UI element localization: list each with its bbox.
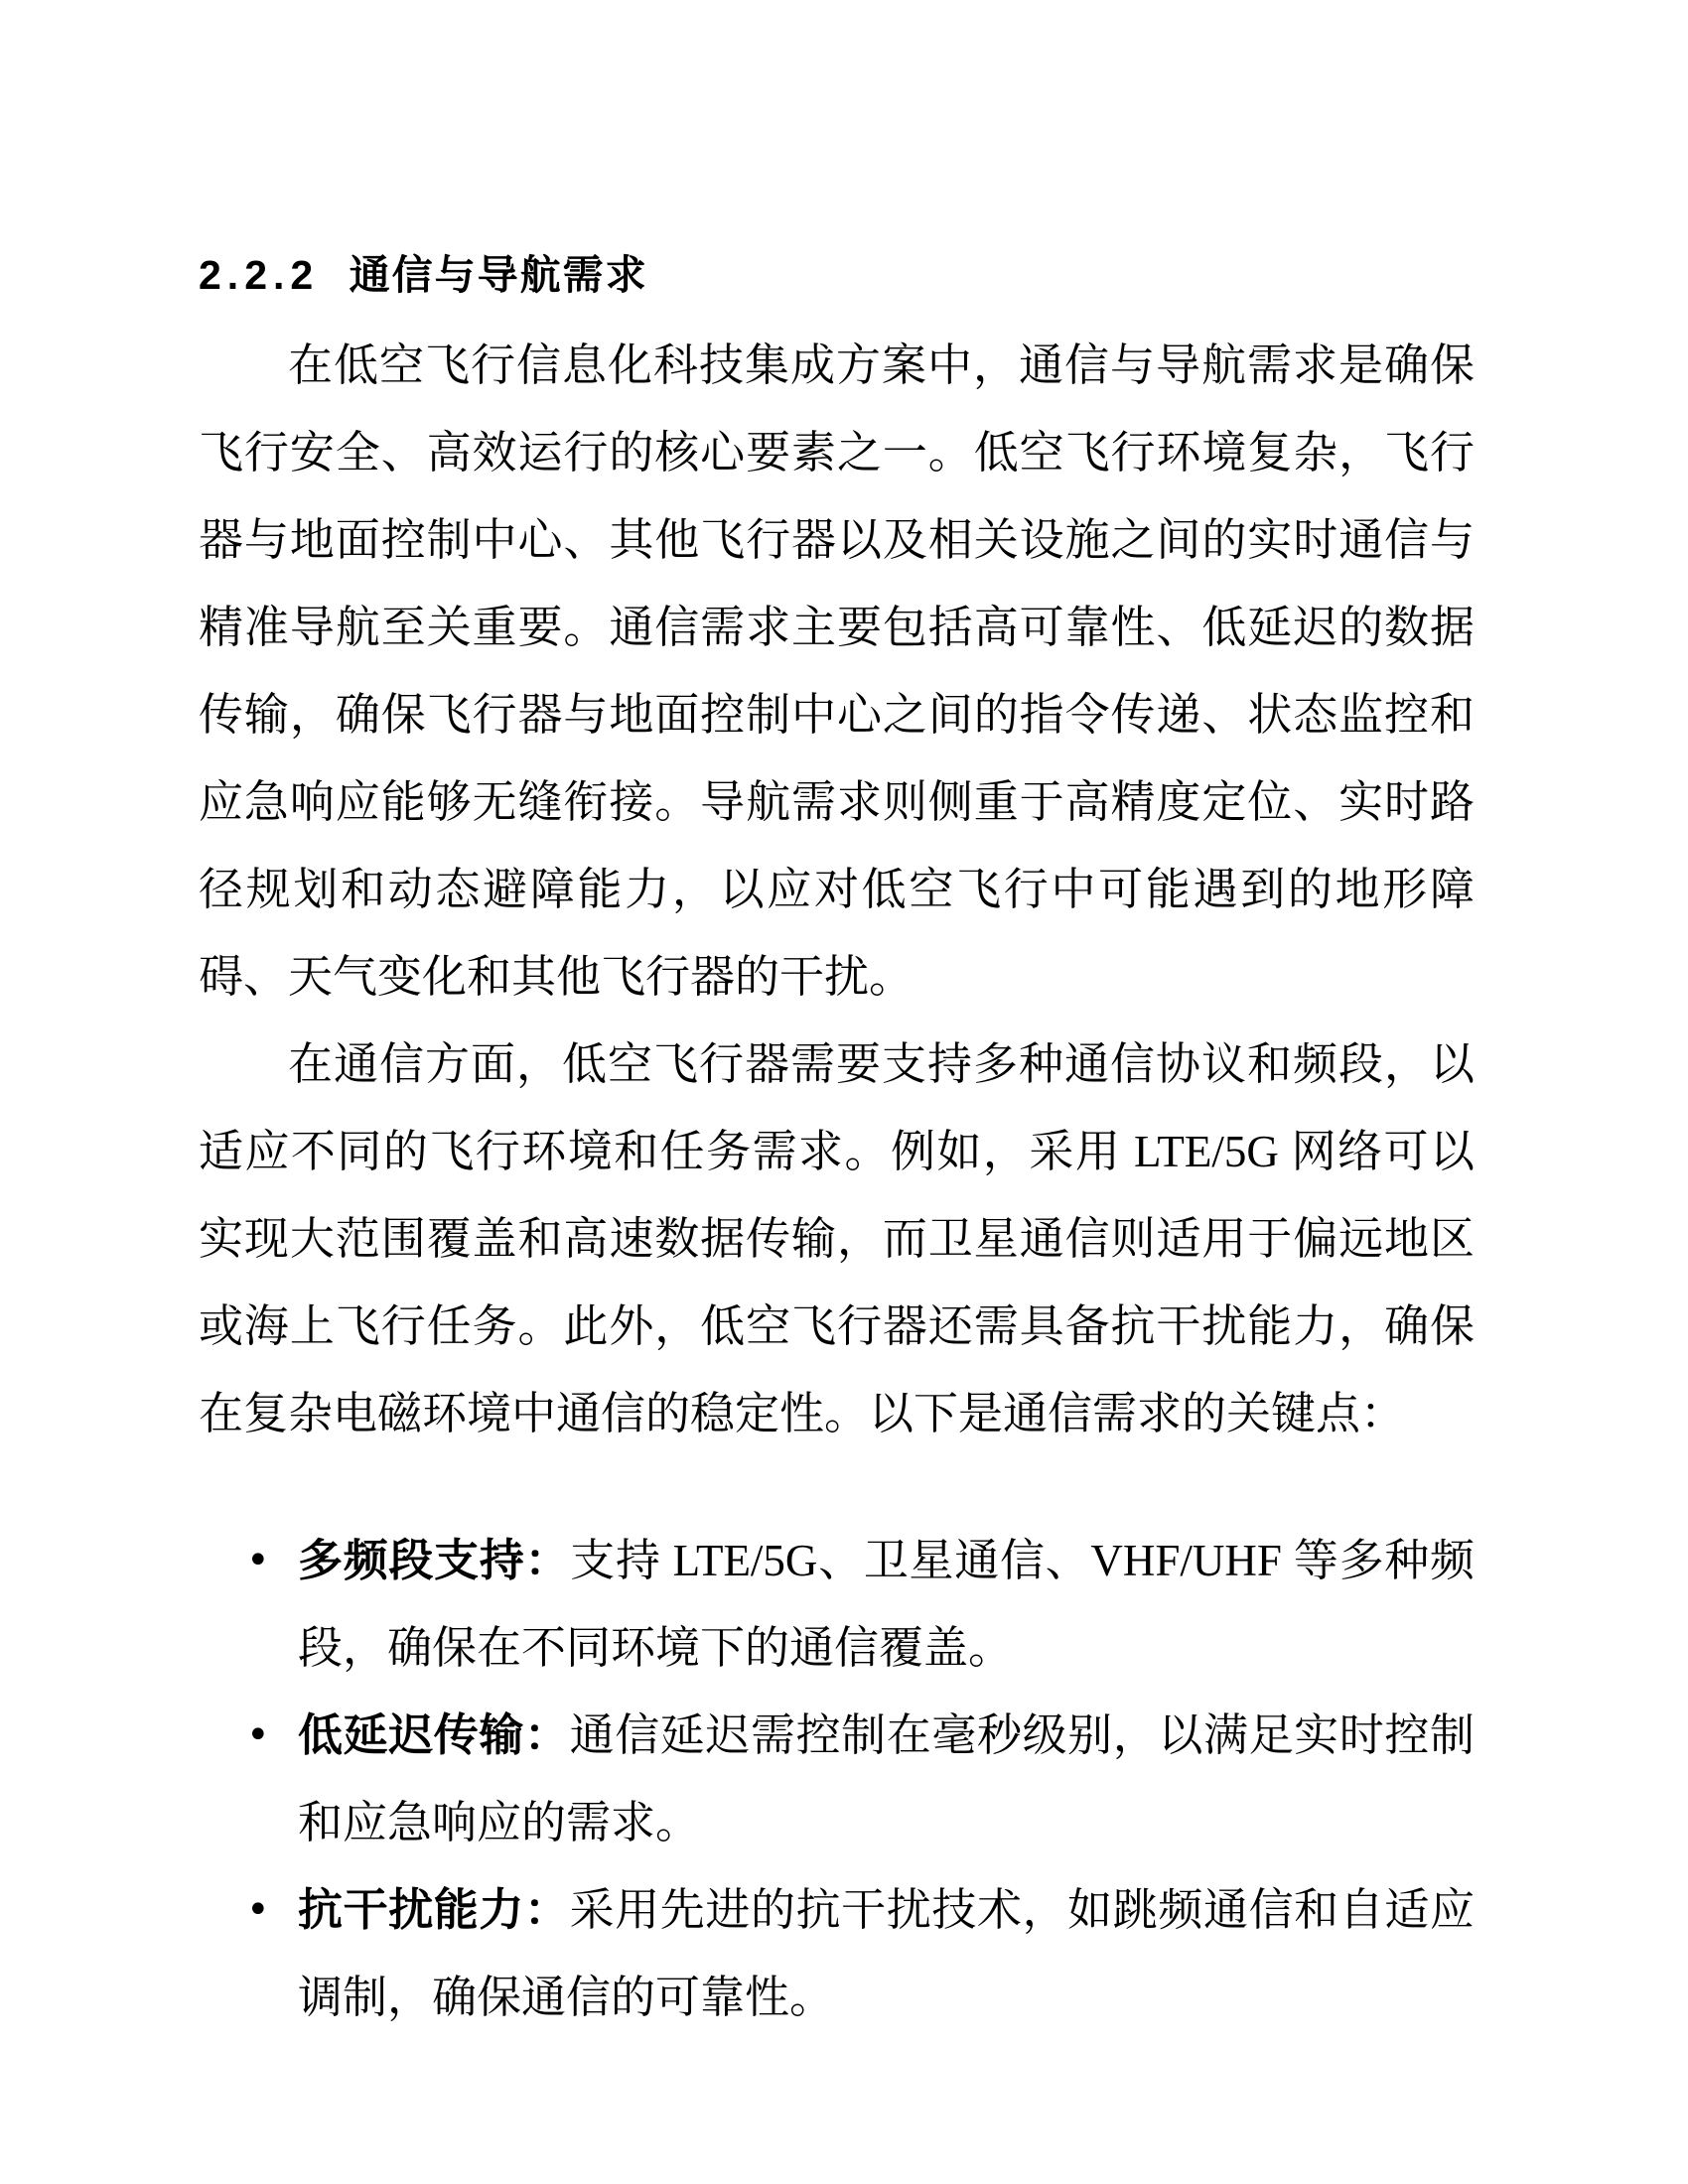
section-title: 通信与导航需求 xyxy=(350,252,648,298)
paragraph-communication-overview: 在低空飞行信息化科技集成方案中，通信与导航需求是确保飞行安全、高效运行的核心要素… xyxy=(199,322,1475,1021)
bullet-icon: • xyxy=(246,1692,270,1779)
bullet-lead: 多频段支持： xyxy=(298,1535,570,1585)
bullet-lead: 低延迟传输： xyxy=(298,1709,570,1760)
key-points-list: • 多频段支持：支持 LTE/5G、卫星通信、VHF/UHF 等多种频段，确保在… xyxy=(199,1517,1475,2041)
section-number: 2.2.2 xyxy=(199,252,319,298)
page-content: 2.2.2 通信与导航需求 在低空飞行信息化科技集成方案中，通信与导航需求是确保… xyxy=(199,250,1475,2041)
paragraph-communication-detail: 在通信方面，低空飞行器需要支持多种通信协议和频段，以适应不同的飞行环境和任务需求… xyxy=(199,1021,1475,1457)
section-heading: 2.2.2 通信与导航需求 xyxy=(199,250,1475,300)
list-item: • 低延迟传输：通信延迟需控制在毫秒级别，以满足实时控制和应急响应的需求。 xyxy=(298,1692,1475,1866)
list-item: • 抗干扰能力：采用先进的抗干扰技术，如跳频通信和自适应调制，确保通信的可靠性。 xyxy=(298,1866,1475,2041)
list-item: • 多频段支持：支持 LTE/5G、卫星通信、VHF/UHF 等多种频段，确保在… xyxy=(298,1517,1475,1692)
document-page: 2.2.2 通信与导航需求 在低空飞行信息化科技集成方案中，通信与导航需求是确保… xyxy=(0,0,1688,2184)
bullet-icon: • xyxy=(246,1866,270,1954)
bullet-lead: 抗干扰能力： xyxy=(298,1884,570,1935)
bullet-icon: • xyxy=(246,1517,270,1604)
